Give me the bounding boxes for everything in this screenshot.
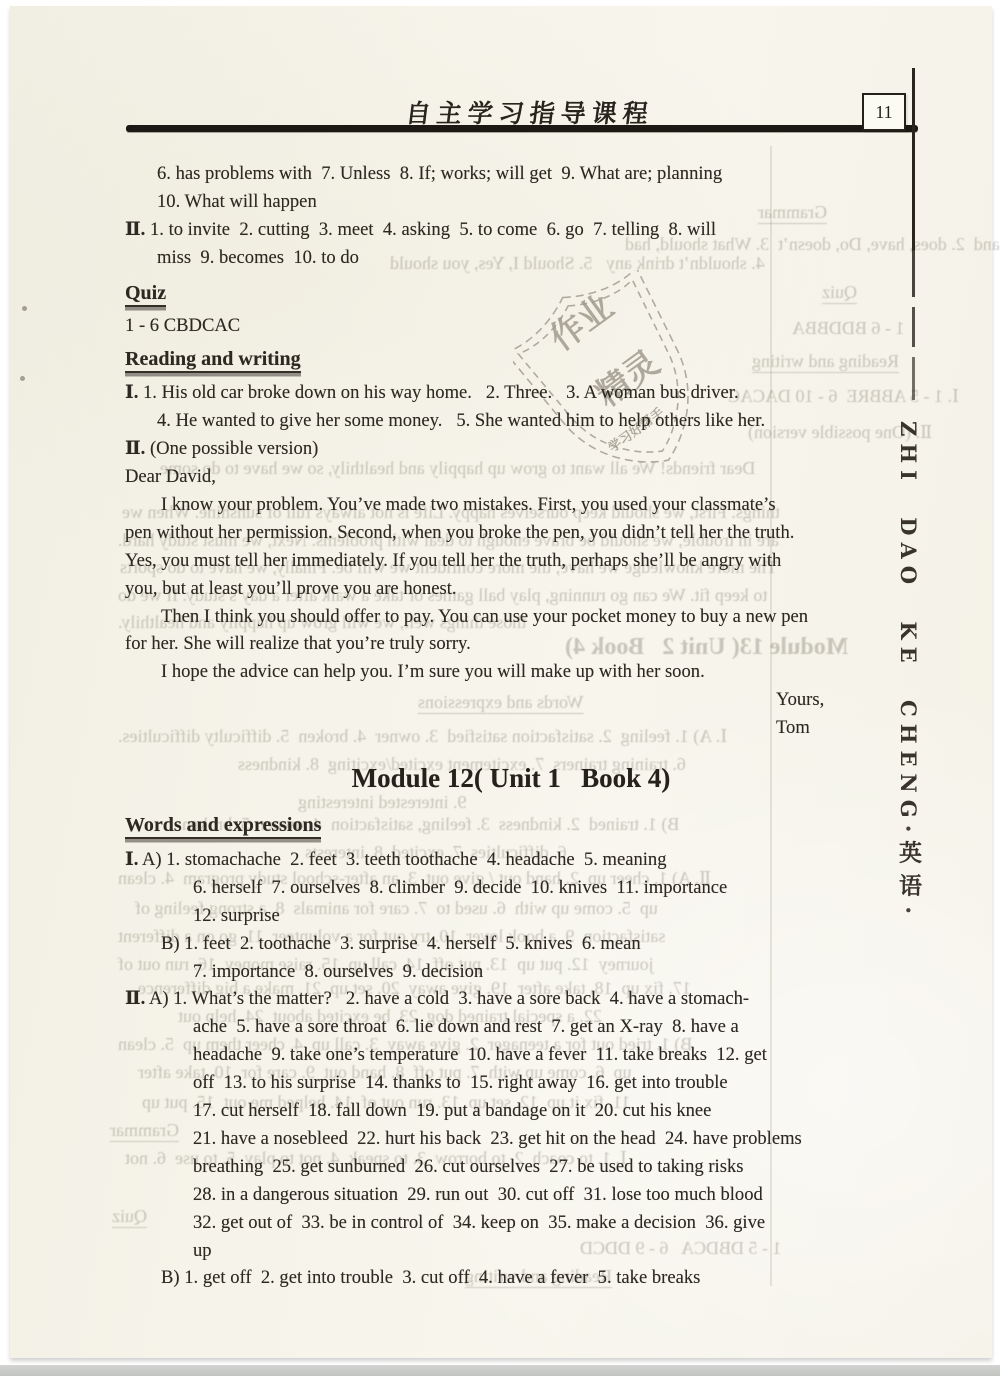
answer-line: 6. herself 7. ourselves 8. climber 9. de… bbox=[193, 874, 897, 902]
answer-line: 10. What will happen bbox=[157, 188, 897, 216]
right-border-line bbox=[912, 68, 915, 400]
answer-column: 6. has problems with 7. Unless 8. If; wo… bbox=[125, 160, 897, 1292]
letter-line: I know your problem. You’ve made two mis… bbox=[161, 491, 897, 519]
side-caption-chinese: 英语 bbox=[895, 840, 922, 906]
answer-line: 21. have a nosebleed 22. hurt his back 2… bbox=[193, 1125, 897, 1153]
roman-numeral: Ⅰ. bbox=[125, 382, 138, 403]
section-heading-quiz: Quiz bbox=[125, 278, 897, 312]
section-heading-words: Words and expressions bbox=[125, 808, 897, 846]
answer-line: breathing 25. get sunburned 26. cut ours… bbox=[193, 1153, 897, 1181]
module-heading: Module 12( Unit 1 Book 4) bbox=[125, 756, 897, 800]
roman-numeral: Ⅱ. bbox=[125, 988, 145, 1009]
answer-line: 32. get out of 33. be in control of 34. … bbox=[193, 1209, 897, 1237]
roman-numeral: Ⅱ. bbox=[125, 219, 145, 240]
scanned-page: Grammar Ⅰ. What is the matter and 2. doe… bbox=[10, 6, 992, 1358]
photo-bottom-edge bbox=[0, 1365, 1000, 1376]
quiz-answers: 1 - 6 CBDCAC bbox=[125, 312, 897, 340]
letter-signature: Tom bbox=[776, 714, 897, 742]
answer-line: Ⅱ. (One possible version) bbox=[125, 435, 897, 463]
section-heading-reading-writing: Reading and writing bbox=[125, 343, 897, 379]
answer-line: miss 9. becomes 10. to do bbox=[157, 244, 897, 272]
roman-numeral: Ⅰ. bbox=[125, 849, 138, 870]
answer-line: ache 5. have a sore throat 6. lie down a… bbox=[193, 1013, 897, 1041]
answer-line: 6. has problems with 7. Unless 8. If; wo… bbox=[157, 160, 897, 188]
answer-line: 7. importance 8. ourselves 9. decision bbox=[193, 958, 897, 986]
answer-line: off 13. to his surprise 14. thanks to 15… bbox=[193, 1069, 897, 1097]
answer-line: Ⅱ. A) 1. What’s the matter? 2. have a co… bbox=[125, 985, 897, 1013]
letter-line: pen without her permission. Second, when… bbox=[125, 519, 897, 547]
letter-line: Yes, you must tell her immediately. If y… bbox=[125, 547, 897, 575]
answer-line: Ⅰ. 1. His old car broke down on his way … bbox=[125, 379, 897, 407]
answer-line: 4. He wanted to give her some money. 5. … bbox=[157, 407, 897, 435]
page-number: 11 bbox=[862, 93, 906, 131]
answer-line: Ⅱ. 1. to invite 2. cutting 3. meet 4. as… bbox=[125, 216, 897, 244]
roman-numeral: Ⅱ. bbox=[125, 438, 145, 459]
answer-line: Ⅰ. A) 1. stomachache 2. feet 3. teeth to… bbox=[125, 846, 897, 874]
answer-line: B) 1. feet 2. toothache 3. surprise 4. h… bbox=[161, 930, 897, 958]
answer-line: 28. in a dangerous situation 29. run out… bbox=[193, 1181, 897, 1209]
answer-line: up bbox=[193, 1237, 897, 1265]
letter-line: Then I think you should offer to pay. Yo… bbox=[161, 603, 897, 631]
letter-line: you, but at least you’ll prove you are h… bbox=[125, 575, 897, 603]
letter-line: for her. She will realize that you’re tr… bbox=[125, 630, 897, 658]
answer-line: 12. surprise bbox=[193, 902, 897, 930]
paper-speck bbox=[20, 376, 25, 381]
letter-salutation: Dear David, bbox=[125, 463, 897, 491]
answer-line: B) 1. get off 2. get into trouble 3. cut… bbox=[161, 1264, 897, 1292]
side-dot-icon: • bbox=[901, 825, 915, 841]
answer-line: headache 9. take one’s temperature 10. h… bbox=[193, 1041, 897, 1069]
paper-speck bbox=[22, 306, 27, 311]
header-rule bbox=[126, 125, 918, 132]
letter-line: I hope the advice can help you. I’m sure… bbox=[161, 658, 897, 686]
answer-line: 17. cut herself 18. fall down 19. put a … bbox=[193, 1097, 897, 1125]
letter-closing: Yours, bbox=[776, 686, 897, 714]
side-dot-icon: • bbox=[901, 906, 915, 922]
side-caption-pinyin: ZHI DAO KE CHENG bbox=[896, 421, 921, 825]
